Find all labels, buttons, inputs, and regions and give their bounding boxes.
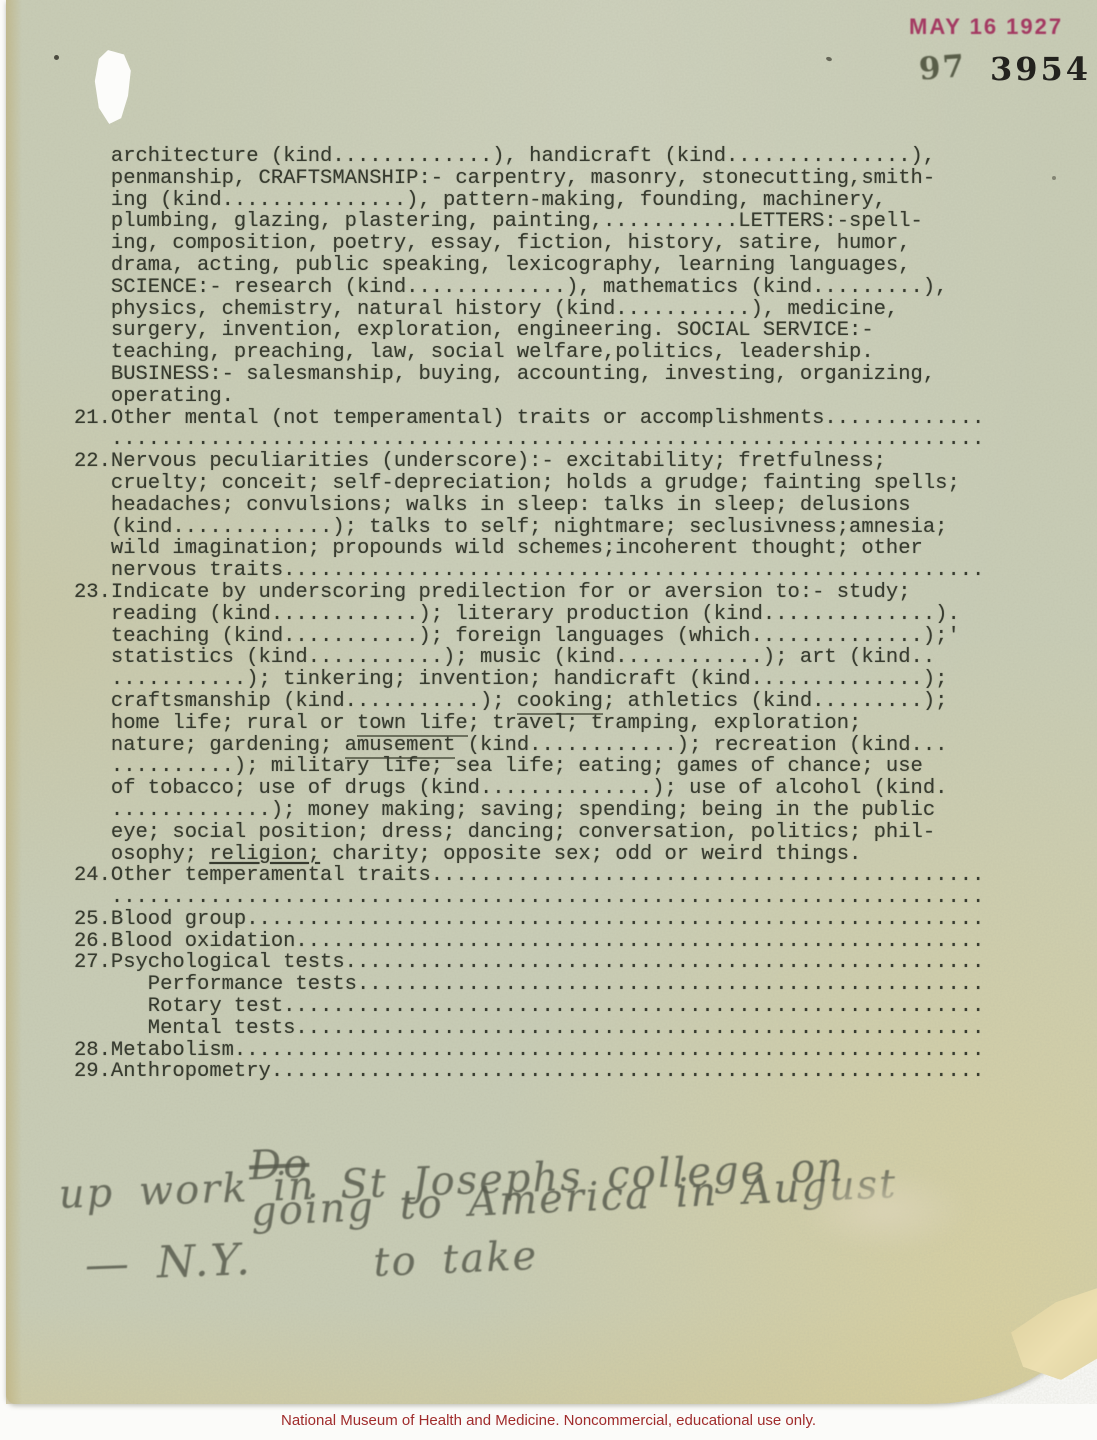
typed-line: 28.Metabolism...........................… bbox=[74, 1040, 984, 1062]
typed-line: reading (kind............); literary pro… bbox=[74, 604, 984, 626]
paper-sheet: MAY 16 1927 97 3954 architecture (kind..… bbox=[6, 0, 1097, 1404]
typed-line: eye; social position; dress; dancing; co… bbox=[74, 822, 984, 844]
typed-line: 24.Other temperamental traits...........… bbox=[74, 865, 984, 887]
typed-line: osophy; religion; charity; opposite sex;… bbox=[74, 844, 984, 866]
underlined-word: town life bbox=[357, 712, 468, 737]
typed-line: 22.Nervous peculiarities (underscore):- … bbox=[74, 451, 984, 473]
typed-line: physics, chemistry, natural history (kin… bbox=[74, 299, 984, 321]
typed-line: architecture (kind.............), handic… bbox=[74, 146, 984, 168]
typed-line: nature; gardening; amusement (kind......… bbox=[74, 735, 984, 757]
typed-line: teaching, preaching, law, social welfare… bbox=[74, 342, 984, 364]
typed-line: teaching (kind...........); foreign lang… bbox=[74, 626, 984, 648]
typed-line: home life; rural or town life; travel; t… bbox=[74, 713, 984, 735]
typed-line: drama, acting, public speaking, lexicogr… bbox=[74, 255, 984, 277]
typed-line: ........................................… bbox=[74, 887, 984, 909]
typed-text: architecture (kind.............), handic… bbox=[74, 146, 984, 1083]
typed-line: ........................................… bbox=[74, 429, 984, 451]
typed-line: ing, composition, poetry, essay, fiction… bbox=[74, 233, 984, 255]
scanned-document-page: MAY 16 1927 97 3954 architecture (kind..… bbox=[0, 0, 1097, 1440]
typed-line: ..........); military life; sea life; ea… bbox=[74, 756, 984, 778]
typed-line: surgery, invention, exploration, enginee… bbox=[74, 320, 984, 342]
typed-line: SCIENCE:- research (kind.............), … bbox=[74, 277, 984, 299]
underlined-word: religion; bbox=[209, 843, 320, 866]
page-number-stamp: 97 bbox=[918, 48, 968, 87]
torn-corner bbox=[1001, 1285, 1097, 1380]
typed-line: ing (kind...............), pattern-makin… bbox=[74, 190, 984, 212]
typed-line: headaches; convulsions; walks in sleep: … bbox=[74, 495, 984, 517]
typed-line: (kind.............); talks to self; nigh… bbox=[74, 517, 984, 539]
typed-line: craftsmanship (kind...........); cooking… bbox=[74, 691, 984, 713]
typed-line: Rotary test.............................… bbox=[74, 996, 984, 1018]
typed-line: 26.Blood oxidation......................… bbox=[74, 931, 984, 953]
footer-caption: National Museum of Health and Medicine. … bbox=[0, 1412, 1097, 1429]
paper-hole bbox=[94, 50, 134, 124]
typed-line: operating. bbox=[74, 386, 984, 408]
typed-line: cruelty; conceit; self-depreciation; hol… bbox=[74, 473, 984, 495]
typed-line: Performance tests.......................… bbox=[74, 974, 984, 996]
typed-line: plumbing, glazing, plastering, painting,… bbox=[74, 211, 984, 233]
ink-speck bbox=[1052, 176, 1056, 180]
typed-line: wild imagination; propounds wild schemes… bbox=[74, 538, 984, 560]
typed-line: penmanship, CRAFTSMANSHIP:- carpentry, m… bbox=[74, 168, 984, 190]
typed-line: 21.Other mental (not temperamental) trai… bbox=[74, 408, 984, 430]
ink-speck bbox=[54, 55, 59, 60]
typed-line: statistics (kind...........); music (kin… bbox=[74, 647, 984, 669]
typed-line: BUSINESS:- salesmanship, buying, account… bbox=[74, 364, 984, 386]
typed-line: 23.Indicate by underscoring predilection… bbox=[74, 582, 984, 604]
ink-speck bbox=[825, 56, 832, 62]
typed-line: 25.Blood group..........................… bbox=[74, 909, 984, 931]
typed-line: Mental tests............................… bbox=[74, 1018, 984, 1040]
typed-line: of tobacco; use of drugs (kind..........… bbox=[74, 778, 984, 800]
typed-line: nervous traits..........................… bbox=[74, 560, 984, 582]
typed-line: .............); money making; saving; sp… bbox=[74, 800, 984, 822]
typed-line: 27.Psychological tests..................… bbox=[74, 952, 984, 974]
paper-left-edge bbox=[6, 0, 22, 1404]
handwritten-text: to take bbox=[372, 1233, 539, 1286]
typed-line: ...........); tinkering; invention; hand… bbox=[74, 669, 984, 691]
handwritten-note-line3: — N.Y. bbox=[84, 1234, 253, 1291]
date-stamp: MAY 16 1927 bbox=[909, 14, 1063, 40]
document-number-stamp: 3954 bbox=[990, 50, 1091, 88]
